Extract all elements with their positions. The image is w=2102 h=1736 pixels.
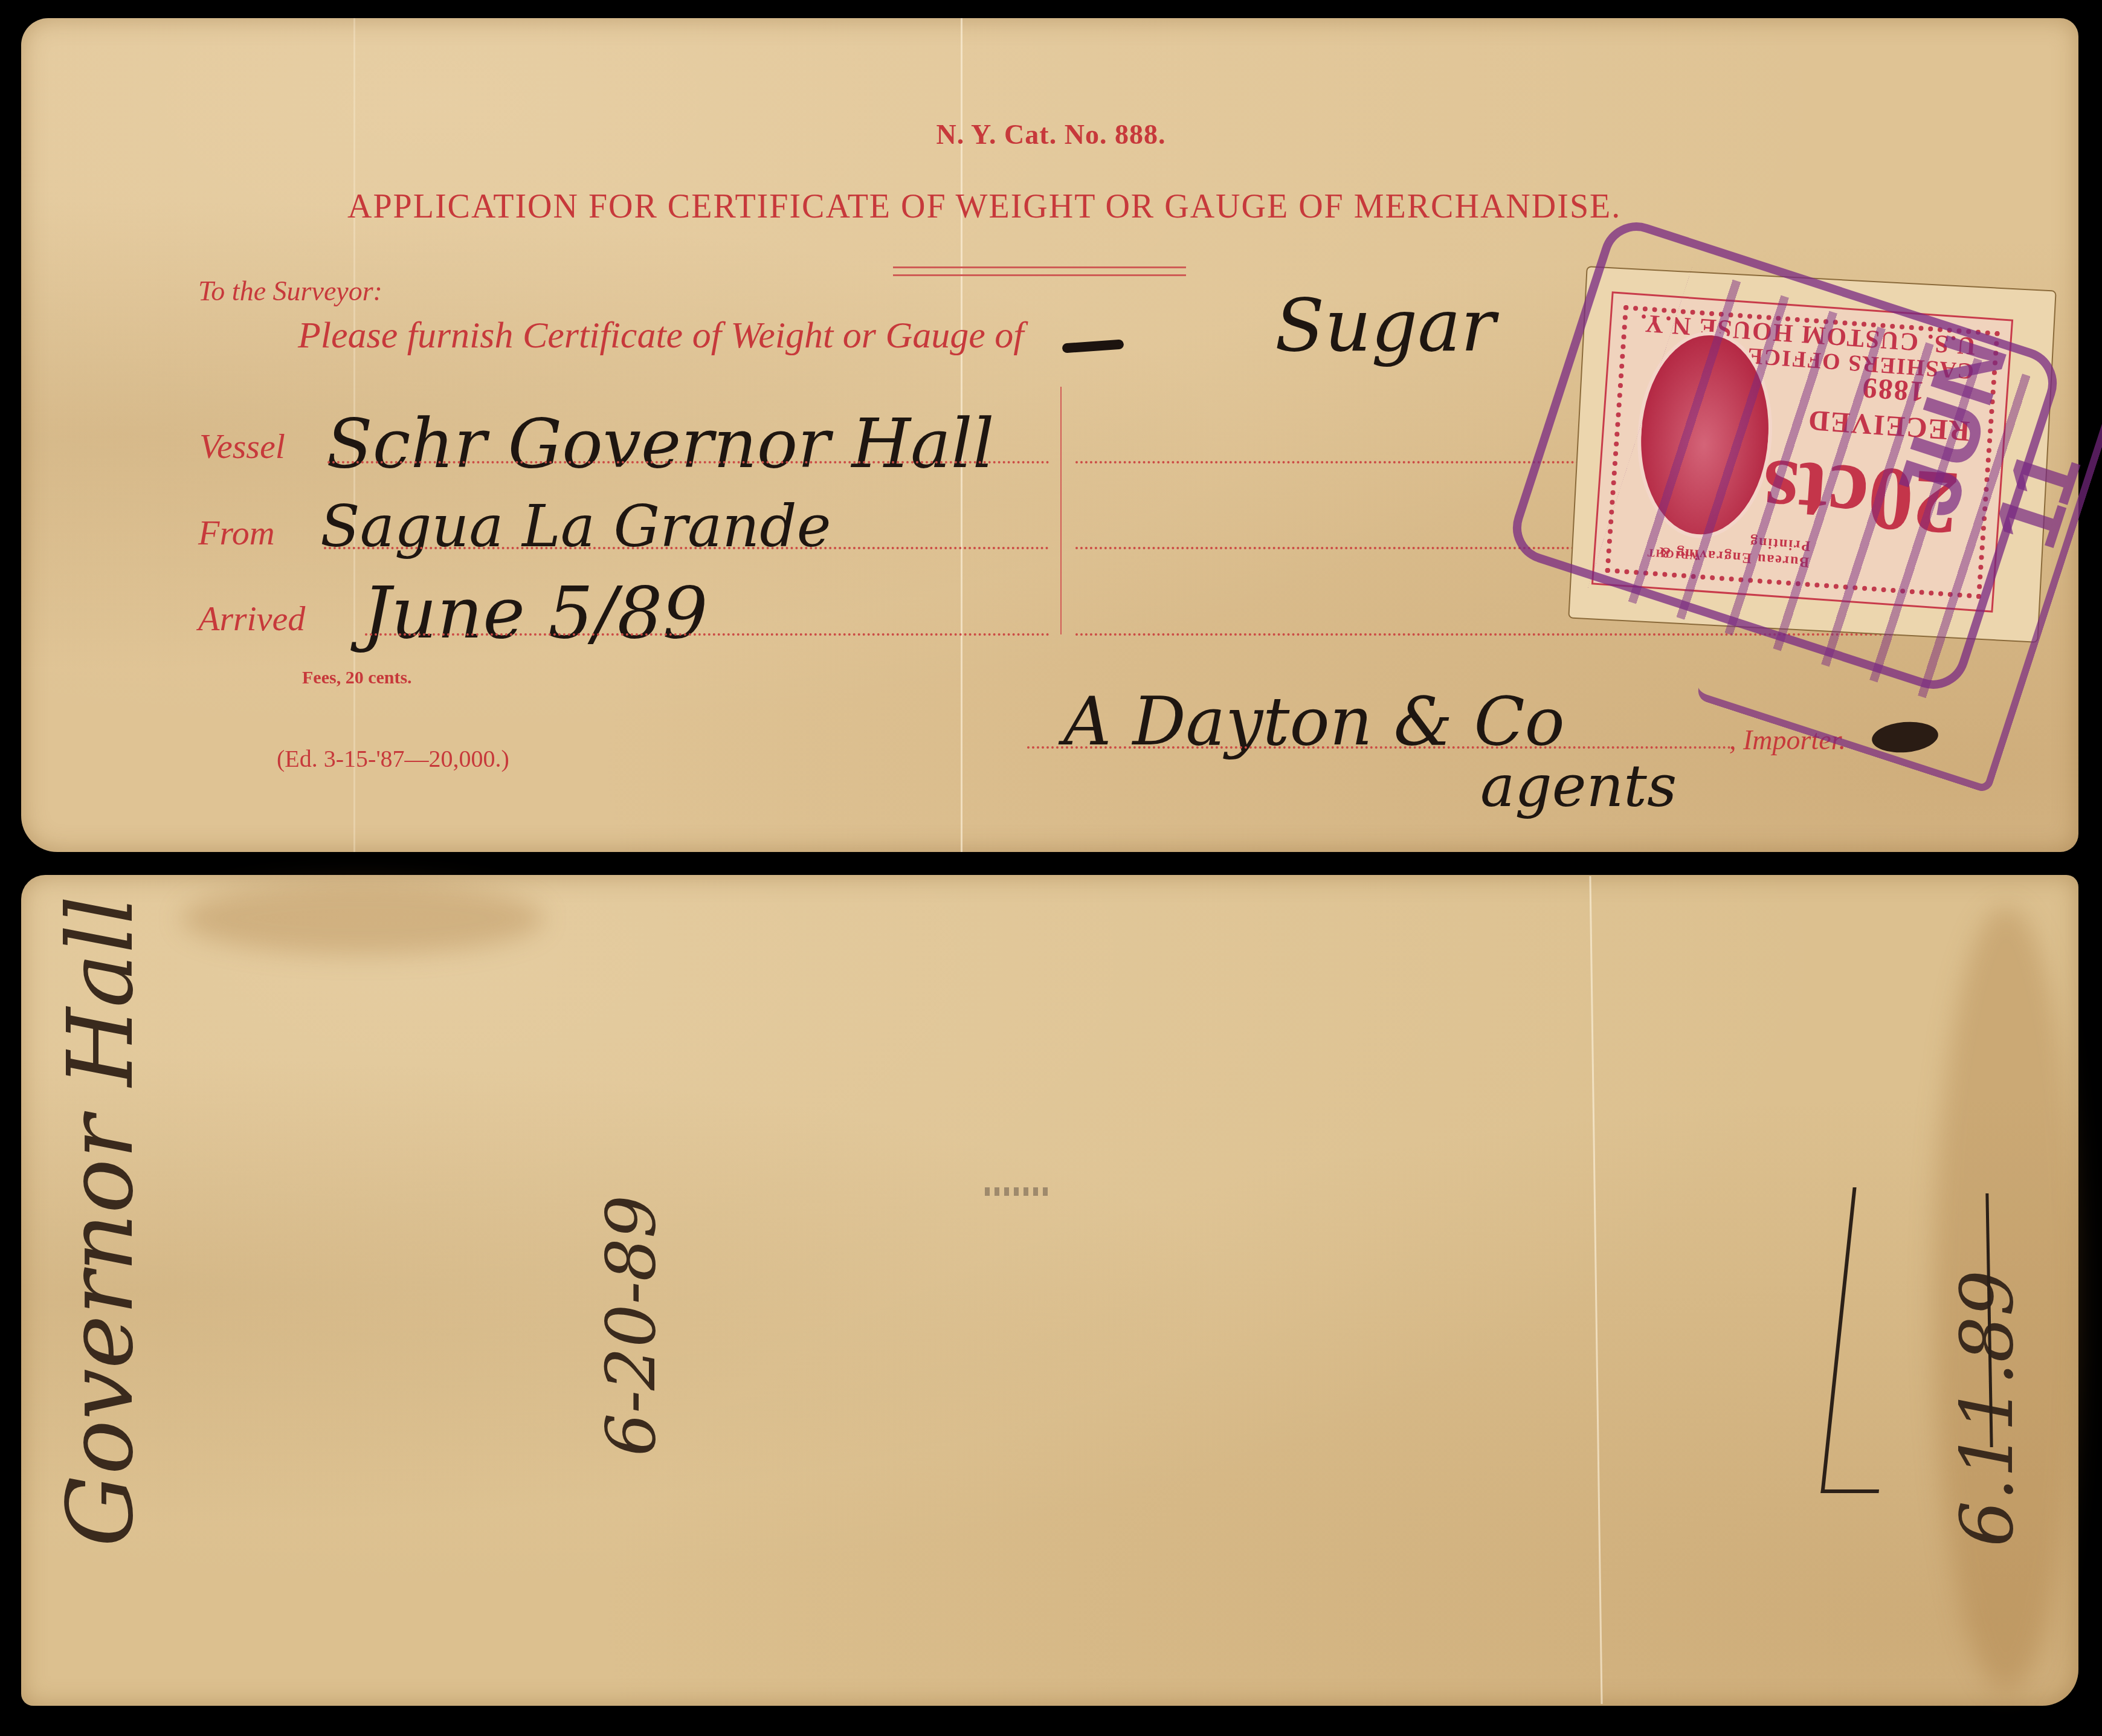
request-prefix: Please furnish Certificate of Weight or	[298, 315, 885, 356]
edition-note: (Ed. 3-15-'87—20,000.)	[277, 744, 509, 773]
field-value-vessel: Schr Governor Hall	[326, 405, 995, 483]
stray-marks	[985, 1187, 1051, 1196]
stain	[181, 882, 544, 955]
field-line	[327, 461, 1049, 463]
field-label-vessel: Vessel	[199, 426, 285, 466]
title-rule	[893, 266, 1186, 268]
signature-line	[1027, 746, 1731, 749]
request-line: Please furnish Certificate of Weight or …	[298, 314, 1024, 357]
salutation: To the Surveyor:	[198, 275, 382, 307]
back-date-received: 6-20-89	[592, 1195, 671, 1456]
title-rule	[893, 274, 1186, 276]
field-label-arrived: Arrived	[198, 598, 305, 639]
column-divider	[1060, 387, 1062, 634]
merchandise-value: Sugar	[1275, 284, 1495, 368]
field-line	[365, 633, 1049, 636]
signature-role: agents	[1480, 752, 1677, 820]
request-suffix: of	[985, 315, 1024, 356]
struck-word: Gauge	[885, 315, 985, 356]
field-line	[324, 547, 1049, 549]
field-value-from: Sagua La Grande	[320, 492, 831, 560]
field-label-from: From	[198, 512, 275, 553]
form-back	[21, 875, 2078, 1706]
field-value-arrived: June 5/89	[363, 571, 708, 654]
back-vessel-name: Governor Hall	[48, 895, 153, 1547]
catalog-number: N. Y. Cat. No. 888.	[0, 118, 2102, 150]
fees-note: Fees, 20 cents.	[302, 668, 412, 688]
form-title: APPLICATION FOR CERTIFICATE OF WEIGHT OR…	[347, 187, 1621, 226]
